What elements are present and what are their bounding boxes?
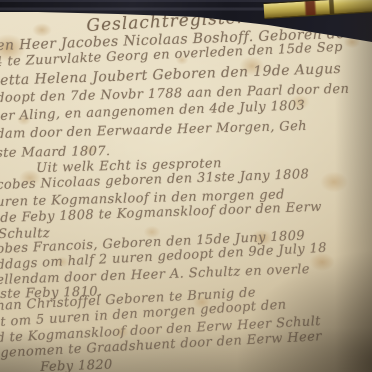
handwritten-text-block: Geslachtregister van en Heer Jacobes Nic… bbox=[0, 0, 372, 372]
manuscript-line-7: ste Maard 1807. bbox=[0, 144, 111, 161]
manuscript-line-21: Feby 1820 bbox=[40, 357, 113, 372]
photo-of-register-page: Geslachtregister van en Heer Jacobes Nic… bbox=[0, 0, 372, 372]
